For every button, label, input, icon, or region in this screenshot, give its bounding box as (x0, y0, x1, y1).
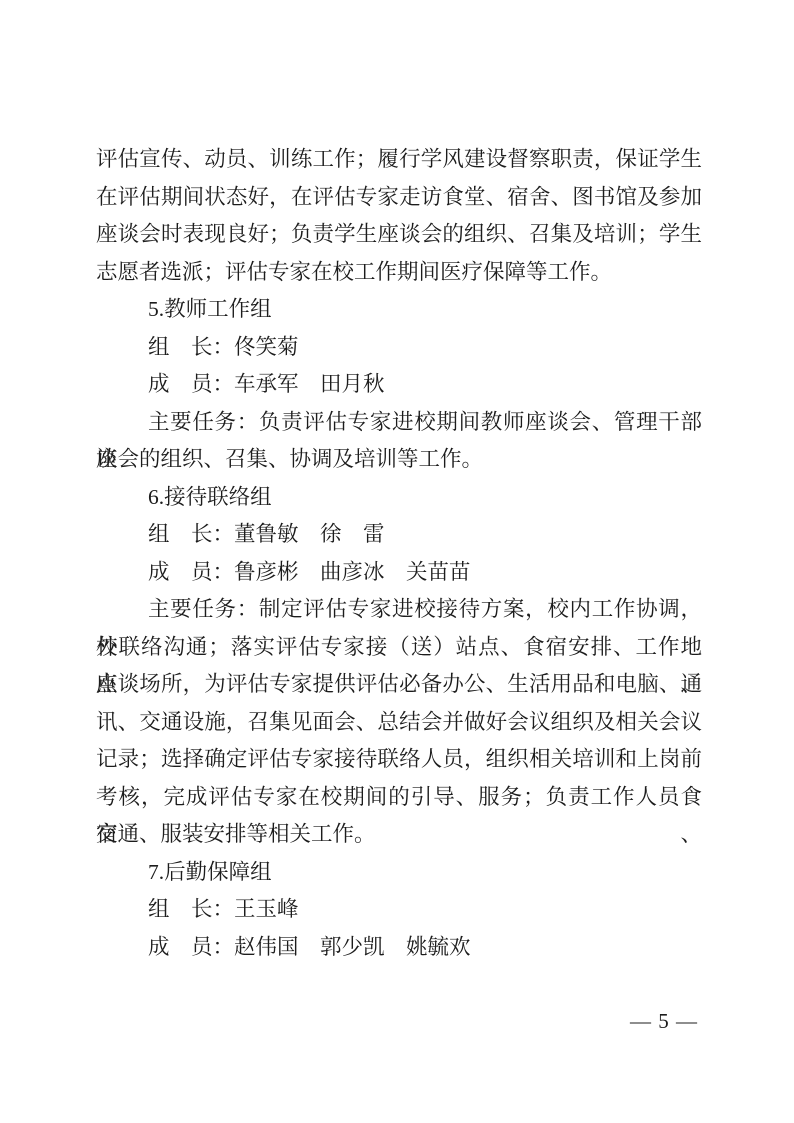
tasks-line: 讯、交通设施，召集见面会、总结会并做好会议组织及相关会议 (96, 704, 702, 742)
section-heading-6: 6.接待联络组 (96, 479, 702, 517)
page-number: — 5 — (96, 1008, 698, 1034)
paragraph-line: 座谈会时表现良好；负责学生座谈会的组织、召集及培训；学生 (96, 216, 702, 254)
tasks-line: 谈会的组织、召集、协调及培训等工作。 (96, 441, 702, 479)
tasks-line: 座谈场所，为评估专家提供评估必备办公、生活用品和电脑、通 (96, 666, 702, 704)
group-members-line: 成 员：车承军 田月秋 (96, 366, 702, 404)
section-heading-5: 5.教师工作组 (96, 291, 702, 329)
group-members-line: 成 员：赵伟国 郭少凯 姚毓欢 (96, 929, 702, 967)
group-leader-line: 组 长：王玉峰 (96, 891, 702, 929)
group-leader-line: 组 长：佟笑菊 (96, 329, 702, 367)
paragraph-line: 在评估期间状态好，在评估专家走访食堂、宿舍、图书馆及参加 (96, 179, 702, 217)
document-body: 评估宣传、动员、训练工作；履行学风建设督察职责，保证学生 在评估期间状态好，在评… (96, 141, 702, 966)
paragraph-line: 评估宣传、动员、训练工作；履行学风建设督察职责，保证学生 (96, 141, 702, 179)
section-heading-7: 7.后勤保障组 (96, 854, 702, 892)
tasks-line: 外联络沟通；落实评估专家接（送）站点、食宿安排、工作地点、 (96, 629, 702, 667)
tasks-line: 考核，完成评估专家在校期间的引导、服务；负责工作人员食宿、 (96, 779, 702, 817)
document-page: 评估宣传、动员、训练工作；履行学风建设督察职责，保证学生 在评估期间状态好，在评… (0, 0, 794, 1123)
group-members-line: 成 员：鲁彦彬 曲彦冰 关苗苗 (96, 554, 702, 592)
group-leader-line: 组 长：董鲁敏 徐 雷 (96, 516, 702, 554)
tasks-line: 主要任务：制定评估专家进校接待方案，校内工作协调，校 (96, 591, 702, 629)
tasks-line: 主要任务：负责评估专家进校期间教师座谈会、管理干部座 (96, 404, 702, 442)
tasks-line: 记录；选择确定评估专家接待联络人员，组织相关培训和上岗前 (96, 741, 702, 779)
paragraph-line: 志愿者选派；评估专家在校工作期间医疗保障等工作。 (96, 254, 702, 292)
